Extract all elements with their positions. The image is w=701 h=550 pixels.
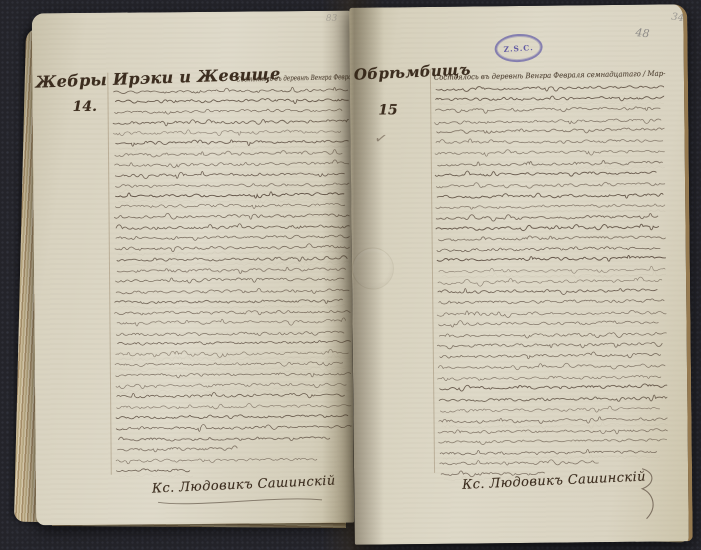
corner-pencil-number: 34 xyxy=(671,12,685,25)
right-folio-pencil-number: 48 xyxy=(635,26,650,40)
oval-ink-stamp: Z.S.C. xyxy=(494,33,544,64)
right-page: 34 48 Z.S.C. Обрѣмбищъ 15 ✓ Состоялось в… xyxy=(349,4,693,545)
photo-of-open-register-book: 83 Жебры Ирэки и Жевище 14. Состоялось в… xyxy=(0,0,701,550)
right-signature-flourish xyxy=(636,467,663,523)
left-act-number: 14. xyxy=(73,99,97,115)
left-page: 83 Жебры Ирэки и Жевище 14. Состоялось в… xyxy=(32,11,354,526)
blind-embossed-seal xyxy=(352,247,394,289)
left-signature-flourish xyxy=(156,493,326,508)
stamp-text: Z.S.C. xyxy=(503,43,534,54)
right-page-handwriting-block xyxy=(432,66,668,484)
right-act-number: 15 xyxy=(378,102,398,118)
left-page-handwriting-block xyxy=(110,69,352,485)
check-mark: ✓ xyxy=(373,128,389,148)
left-folio-pencil-number: 83 xyxy=(326,14,338,24)
